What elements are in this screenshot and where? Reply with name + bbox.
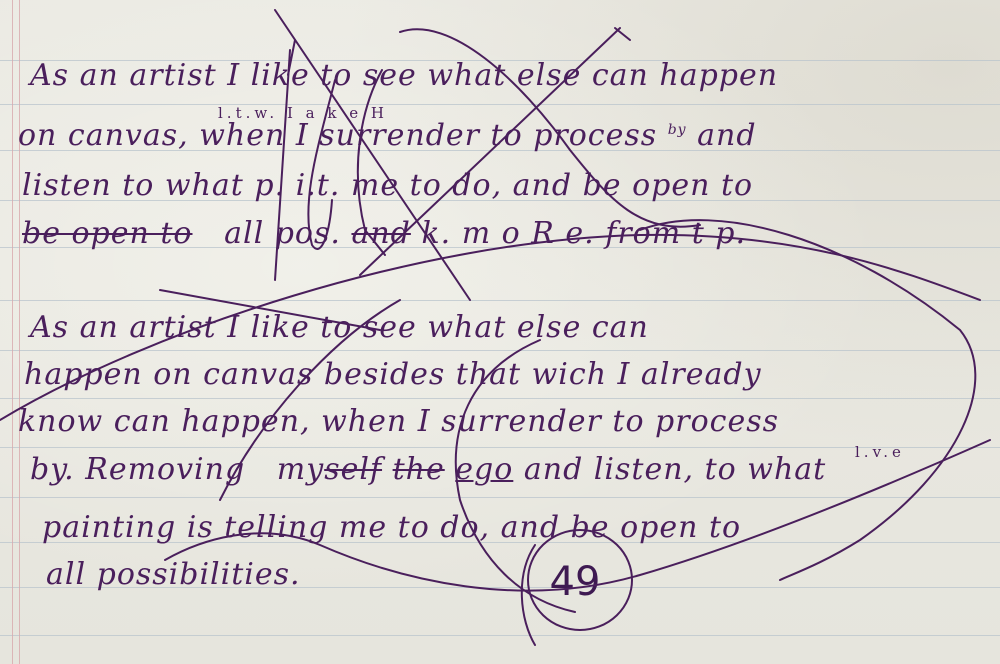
struck-text: self	[324, 452, 382, 487]
struck-text: the	[393, 452, 445, 487]
draft-1-line-3: listen to what p. i.t. me to do, and be …	[22, 168, 753, 203]
underlined-word: ego	[455, 452, 513, 487]
ruled-line	[0, 104, 1000, 105]
ruled-line	[0, 300, 1000, 301]
margin-line	[19, 0, 20, 664]
ruled-line	[0, 350, 1000, 351]
ruled-line	[0, 635, 1000, 636]
draft-1-line-1: As an artist I like to see what else can…	[30, 58, 778, 93]
ruled-line	[0, 398, 1000, 399]
draft-1-line-4: be open to all pos. and k. m o R e. from…	[22, 216, 746, 251]
struck-text: and	[351, 216, 410, 251]
draft-1-line-2: on canvas, when I surrender to process b…	[18, 118, 757, 153]
page-number: 49	[540, 552, 610, 612]
draft-2-line-5: painting is telling me to do, and be ope…	[42, 510, 741, 545]
draft-2-annotation: l.v.e	[855, 443, 905, 461]
draft-2-line-4: by. Removing myself the ego and listen, …	[30, 452, 826, 487]
margin-line	[12, 0, 13, 664]
draft-2-line-2: happen on canvas besides that wich I alr…	[24, 357, 762, 392]
draft-2-line-6: all possibilities.	[46, 557, 301, 592]
inserted-word: by	[668, 122, 687, 138]
draft-2-line-1: As an artist I like to see what else can	[30, 310, 649, 345]
struck-text: be open to	[22, 216, 193, 251]
ruled-line	[0, 497, 1000, 498]
draft-2-line-3: know can happen, when I surrender to pro…	[18, 404, 779, 439]
ruled-line	[0, 447, 1000, 448]
